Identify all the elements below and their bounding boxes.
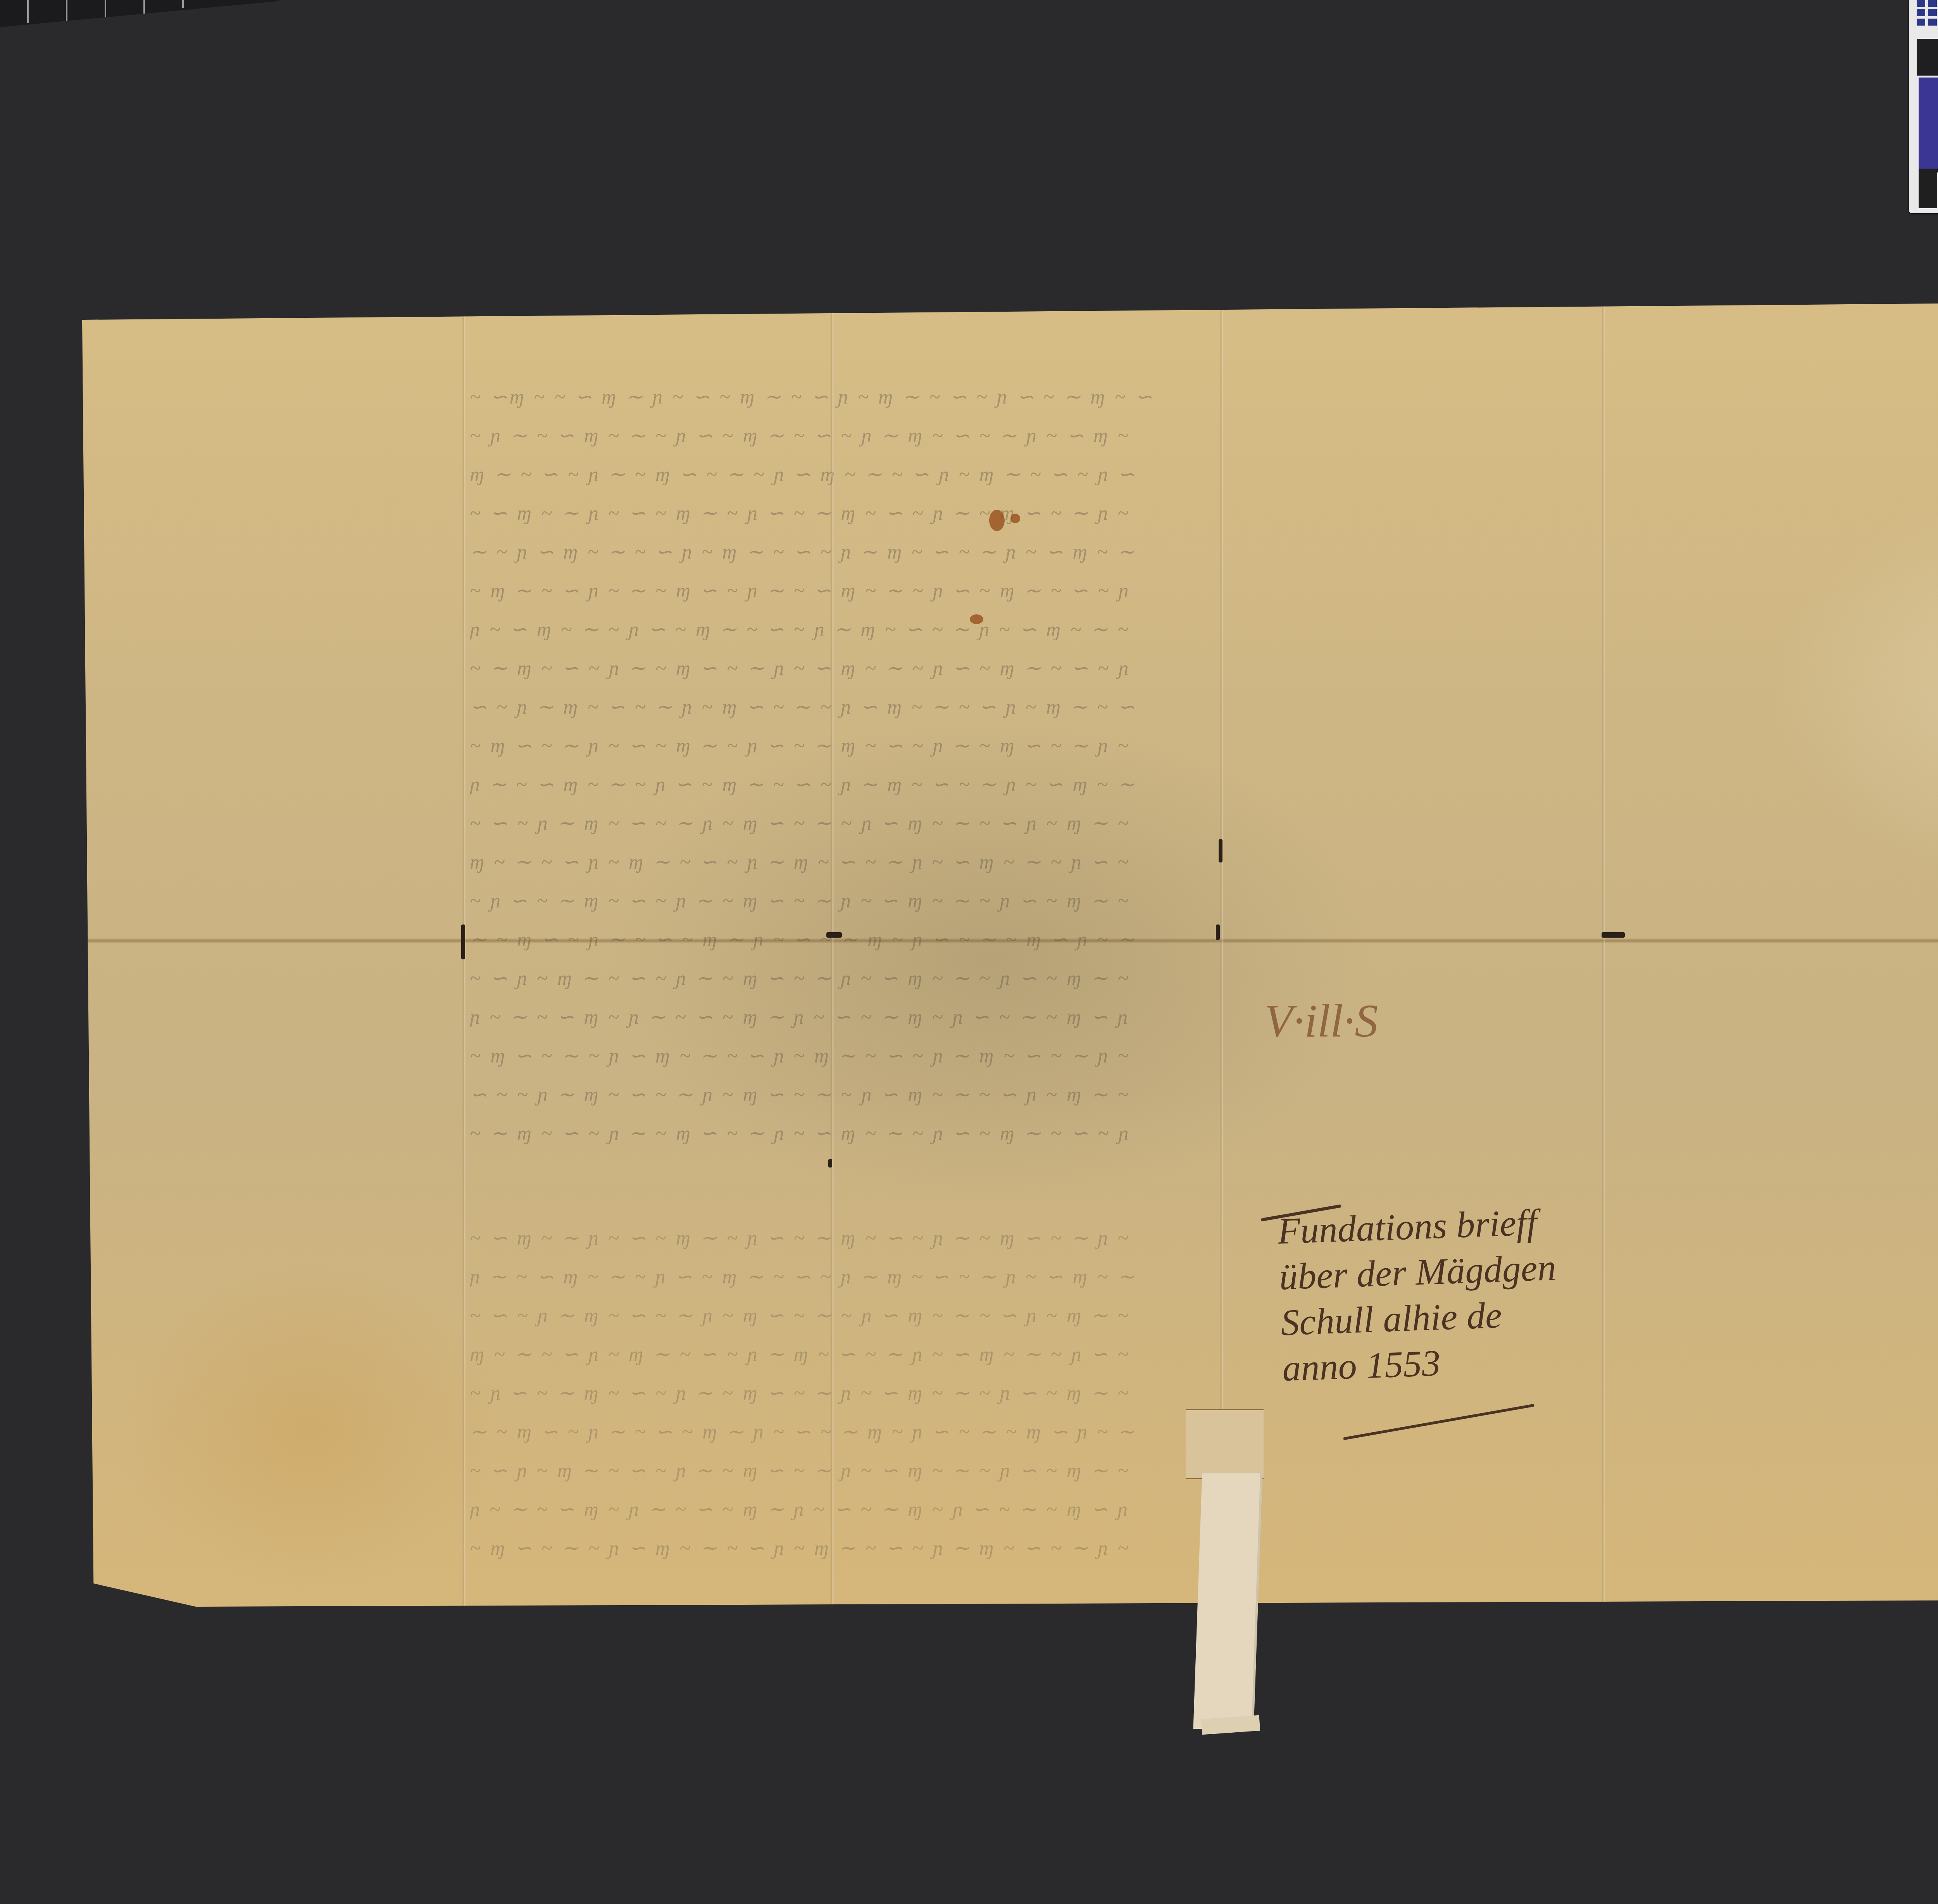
color-calibration-card: THE ART LOSS • REGISTER www.artloss.com …	[1909, 0, 1938, 213]
parchment-seal-tag	[1193, 1473, 1260, 1729]
vertical-fold-line	[1602, 289, 1605, 1630]
seal-tag-slot	[1186, 1409, 1264, 1479]
crease-hole	[1216, 924, 1220, 940]
endorsement-line: über der Mägdgen	[1278, 1247, 1557, 1298]
color-patches	[1919, 78, 1938, 169]
ruler-tick	[66, 0, 67, 23]
rust-stain	[970, 614, 983, 624]
crease-hole	[828, 1159, 832, 1168]
blue-patch	[1919, 78, 1938, 169]
endorsement-line: Fundations brieff	[1277, 1201, 1538, 1252]
crease-hole	[461, 924, 465, 959]
ruler-tick	[182, 0, 184, 8]
ruler-tick	[105, 0, 106, 17]
rust-stain	[1010, 514, 1020, 523]
parchment-document: ~ ∽ɱ ~ ~ ∽ ɱ ∼ ɲ ~ ∽ ~ ɱ ∼ ~ ∽ ɲ ~ ɱ ∼ ~…	[82, 289, 1938, 1630]
art-loss-register-logo-icon	[1917, 0, 1938, 27]
endorsement-text: Fundations brieff über der Mägdgen Schul…	[1277, 1199, 1560, 1392]
ruler-tick	[27, 0, 29, 23]
ruler-tick	[143, 0, 145, 14]
ruler-strip	[0, 0, 279, 27]
horizontal-fold-line	[82, 938, 1938, 943]
crease-hole	[1219, 839, 1222, 862]
black-patch	[1917, 39, 1938, 76]
gray-scale-patches	[1917, 39, 1938, 76]
vertical-fold-line	[462, 289, 466, 1630]
endorsement-line: Schull alhie de	[1280, 1294, 1502, 1343]
crease-hole	[1602, 932, 1625, 938]
vertical-fold-line	[830, 289, 834, 1630]
crease-hole	[826, 932, 842, 938]
card-header: THE ART LOSS • REGISTER www.artloss.com …	[1909, 0, 1938, 37]
faint-signature: V·ill·S	[1264, 994, 1378, 1048]
rust-stain	[989, 510, 1005, 531]
faded-text-upper: ~ ∽ɱ ~ ~ ∽ ɱ ∼ ɲ ~ ∽ ~ ɱ ∼ ~ ∽ ɲ ~ ɱ ∼ ~…	[470, 378, 1938, 1153]
endorsement-line: anno 1553	[1282, 1342, 1441, 1389]
centimeter-scale: cm	[1919, 169, 1938, 208]
